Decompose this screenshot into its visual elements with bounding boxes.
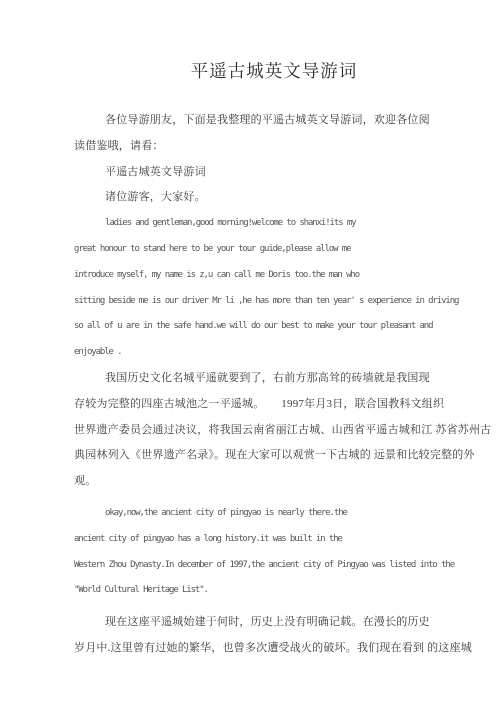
document-body: 各位导游朋友，下面是我整理的平遥古城英文导游词，欢迎各位阅读借鉴哦，请看：平遥古… <box>74 108 474 662</box>
text-line: ladies and gentleman,good morning!welcom… <box>74 211 474 237</box>
document-page: 平遥古城英文导游词 各位导游朋友，下面是我整理的平遥古城英文导游词，欢迎各位阅读… <box>0 0 500 708</box>
text-line: 我国历史文化名城平遥就要到了，右前方那高耸的砖墙就是我国现 <box>74 366 474 392</box>
text-line: enjoyable . <box>74 340 474 366</box>
text-line: 存较为完整的四座古城池之一平遥城。 1997年月3日，联合国教科文组织 <box>74 392 474 418</box>
text-line: 诸位游客，大家好。 <box>74 185 474 211</box>
text-line: sitting beside me is our driver Mr li ,h… <box>74 289 474 315</box>
text-line: so all of u are in the safe hand.we will… <box>74 314 474 340</box>
text-line: 世界遗产委员会通过决议，将我国云南省丽江古城、山西省平遥古城和江 苏省苏州古 <box>74 418 474 444</box>
text-line: great honour to stand here to be your to… <box>74 237 474 263</box>
text-line: 平遥古城英文导游词 <box>74 160 474 186</box>
text-line: introduce myself, my name is z,u can cal… <box>74 263 474 289</box>
document-content: 平遥古城英文导游词 各位导游朋友，下面是我整理的平遥古城英文导游词，欢迎各位阅读… <box>74 58 474 662</box>
text-line: Western Zhou Dynasty.In december of 1997… <box>74 553 474 579</box>
text-line: 读借鉴哦，请看： <box>74 134 474 160</box>
text-line: 典园林列入《世界遗产名录》。现在大家可以观赏一下古城的 远景和比较完整的外 <box>74 443 474 469</box>
document-title: 平遥古城英文导游词 <box>74 58 474 88</box>
text-line: ancient city of pingyao has a long histo… <box>74 527 474 553</box>
text-line: 现在这座平遥城始建于何时，历史上没有明确记载。在漫长的历史 <box>74 610 474 636</box>
text-line: okay,now,the ancient city of pingyao is … <box>74 501 474 527</box>
text-line: 观。 <box>74 469 474 495</box>
text-line: "World Cultural Heritage List". <box>74 578 474 604</box>
text-line: 各位导游朋友，下面是我整理的平遥古城英文导游词，欢迎各位阅 <box>74 108 474 134</box>
text-line: 岁月中.这里曾有过她的繁华，也曾多次遭受战火的破坏。我们现在看到 的这座城 <box>74 636 474 662</box>
